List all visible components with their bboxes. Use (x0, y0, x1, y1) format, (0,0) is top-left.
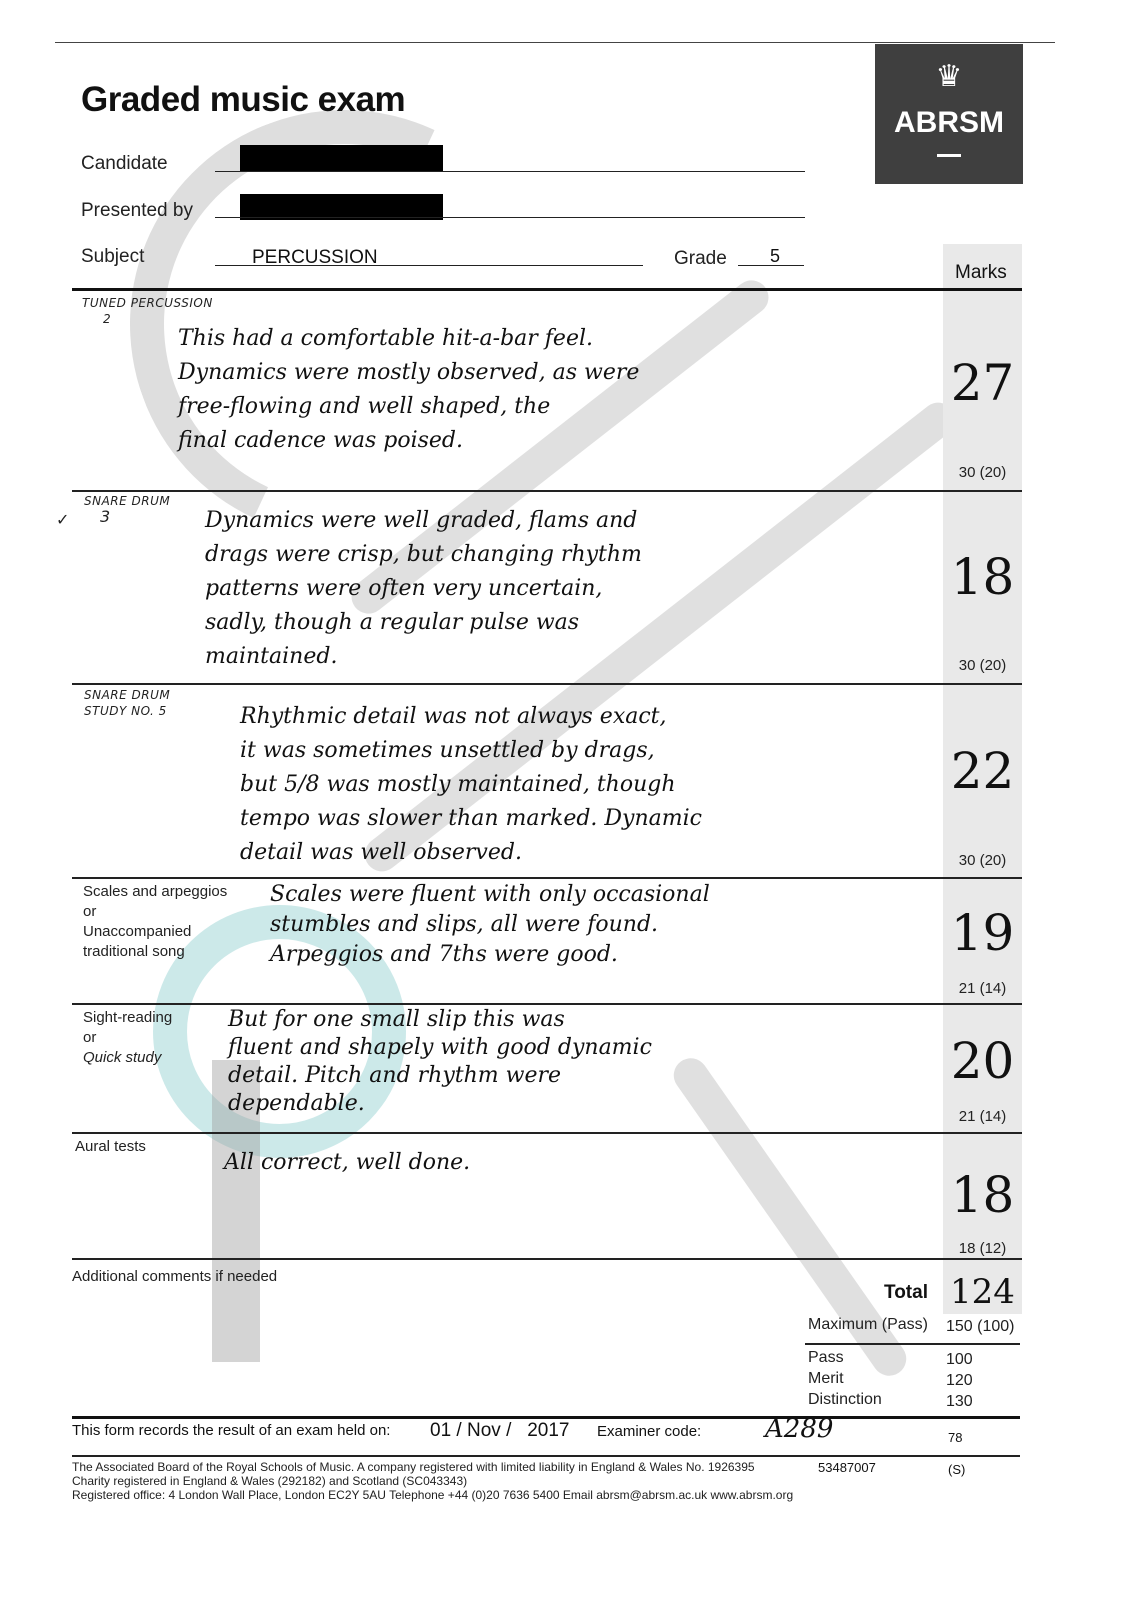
candidate-underline (215, 171, 805, 172)
sight-reading-comment: But for one small slip this was fluent a… (228, 1006, 652, 1118)
piece-1-max: 30 (20) (943, 464, 1022, 481)
threshold-divider (805, 1343, 1020, 1345)
piece-3-label: SNARE DRUM (84, 688, 170, 702)
date-sep: / (456, 1420, 467, 1441)
aural-label-line: Aural tests (75, 1137, 146, 1157)
maximum-value: 150 (100) (946, 1318, 1015, 1336)
legal-line: Charity registered in England & Wales (2… (72, 1474, 793, 1488)
footer-divider (72, 1455, 1020, 1457)
threshold-values: 100 120 130 (946, 1349, 973, 1412)
form-code: 78 (948, 1430, 962, 1445)
scales-label: Scales and arpeggios or Unaccompanied tr… (83, 882, 227, 962)
sight-reading-label: Sight-reading or Quick study (83, 1008, 172, 1068)
logo-dash (937, 154, 961, 157)
date-year: 2017 (527, 1420, 569, 1441)
row-divider (72, 683, 1022, 685)
date-day: 01 (430, 1420, 451, 1441)
top-rule (55, 42, 1055, 43)
pass-value: 100 (946, 1349, 973, 1370)
scales-max: 21 (14) (943, 980, 1022, 997)
piece-1-comment: This had a comfortable hit-a-bar feel. D… (178, 322, 639, 458)
piece-2-label: SNARE DRUM (84, 494, 170, 508)
scales-label-line: Scales and arpeggios (83, 882, 227, 902)
scales-comment: Scales were fluent with only occasional … (270, 880, 710, 970)
piece-1-number: 2 (103, 312, 111, 326)
row-divider (72, 1132, 1022, 1134)
candidate-name-redacted (240, 145, 443, 171)
abrsm-logo: ♛ ABRSM (875, 44, 1023, 184)
piece-2-max: 30 (20) (943, 657, 1022, 674)
pass-label: Pass (808, 1347, 882, 1368)
legal-text: The Associated Board of the Royal School… (72, 1460, 793, 1502)
scales-label-line: Unaccompanied (83, 922, 227, 942)
date-sep: / (506, 1420, 522, 1441)
subject-label: Subject (81, 246, 144, 268)
total-label: Total (884, 1282, 928, 1304)
page-title: Graded music exam (81, 80, 405, 120)
sight-reading-max: 21 (14) (943, 1108, 1022, 1125)
sight-reading-label-line: or (83, 1028, 172, 1048)
piece-1-mark: 27 (943, 354, 1022, 412)
row-divider (72, 1003, 1022, 1005)
presented-by-underline (215, 217, 805, 218)
examiner-code: A289 (765, 1414, 833, 1444)
subject-underline (215, 265, 643, 266)
scales-label-line: traditional song (83, 942, 227, 962)
sight-reading-mark: 20 (943, 1032, 1022, 1090)
date-month: Nov (467, 1420, 501, 1441)
aural-label: Aural tests (75, 1137, 146, 1157)
distinction-label: Distinction (808, 1389, 882, 1410)
scales-mark: 19 (943, 904, 1022, 962)
merit-label: Merit (808, 1368, 882, 1389)
maximum-label: Maximum (Pass) (808, 1316, 928, 1334)
piece-2-mark: 18 (943, 548, 1022, 606)
reference-number: 53487007 (818, 1460, 876, 1475)
piece-3-mark: 22 (943, 742, 1022, 800)
row-divider (72, 490, 1022, 492)
sight-reading-label-line: Sight-reading (83, 1008, 172, 1028)
additional-comments-label: Additional comments if needed (72, 1267, 277, 1287)
piece-3-comment: Rhythmic detail was not always exact, it… (240, 700, 702, 870)
grade-underline (738, 265, 804, 266)
footer-rule (72, 1416, 1020, 1419)
total-value: 124 (943, 1272, 1022, 1312)
candidate-label: Candidate (81, 153, 168, 175)
scales-label-line: or (83, 902, 227, 922)
row-divider (72, 877, 1022, 879)
legal-line: Registered office: 4 London Wall Place, … (72, 1488, 793, 1502)
piece-2-number: 3 (100, 510, 111, 524)
region-code: (S) (948, 1462, 965, 1477)
tick-mark: ✓ (56, 510, 69, 530)
crown-icon: ♛ (875, 62, 1023, 92)
aural-comment: All correct, well done. (224, 1146, 470, 1180)
merit-value: 120 (946, 1370, 973, 1391)
header-rule (72, 288, 1022, 291)
examiner-code-label: Examiner code: (597, 1423, 701, 1440)
presented-by-label: Presented by (81, 200, 193, 222)
marks-heading: Marks (955, 262, 1007, 284)
aural-mark: 18 (943, 1166, 1022, 1224)
grade-value: 5 (770, 246, 780, 267)
exam-held-label: This form records the result of an exam … (72, 1422, 390, 1439)
piece-1-label: TUNED PERCUSSION (82, 296, 213, 310)
grade-label: Grade (674, 248, 727, 270)
row-divider (72, 1258, 1022, 1260)
distinction-value: 130 (946, 1391, 973, 1412)
logo-name: ABRSM (875, 106, 1023, 140)
threshold-labels: Pass Merit Distinction (808, 1347, 882, 1410)
sight-reading-label-line: Quick study (83, 1048, 172, 1068)
piece-2-comment: Dynamics were well graded, flams and dra… (205, 504, 642, 674)
exam-date: 01 / Nov / 2017 (430, 1420, 569, 1442)
legal-line: The Associated Board of the Royal School… (72, 1460, 793, 1474)
piece-3-max: 30 (20) (943, 852, 1022, 869)
aural-max: 18 (12) (943, 1240, 1022, 1257)
piece-3-number: STUDY NO. 5 (84, 704, 167, 718)
